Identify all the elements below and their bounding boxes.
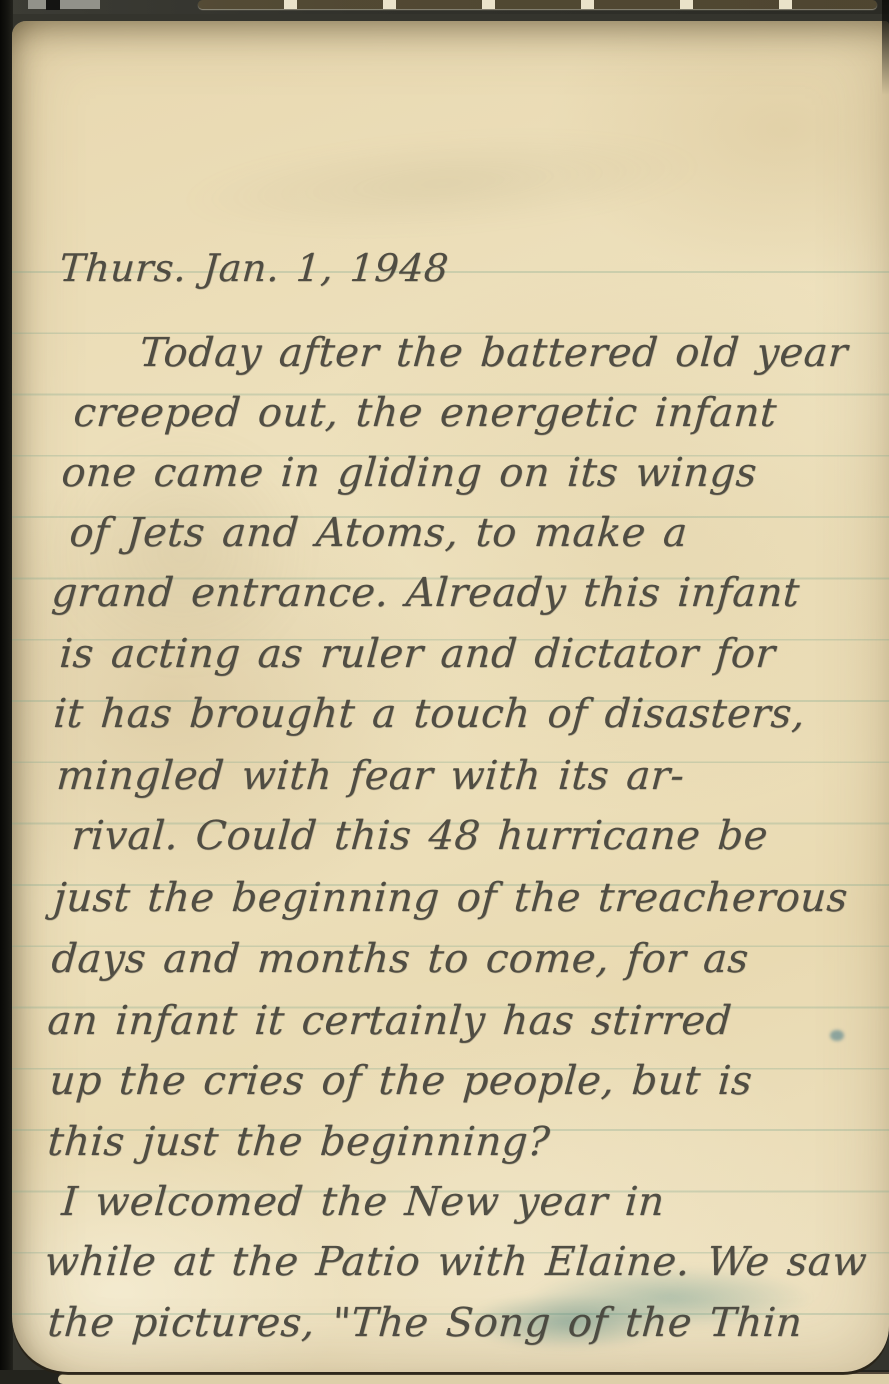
handwriting-line: while at the Patio with Elaine. We saw (43, 1239, 869, 1285)
binding-stitches (198, 0, 877, 9)
handwriting-line: this just the beginning? (46, 1119, 552, 1165)
handwriting-line: it has brought a touch of disasters, (52, 691, 807, 737)
handwriting-line: I welcomed the New year in (60, 1179, 666, 1225)
handwriting-line: of Jets and Atoms, to make a (68, 510, 689, 556)
handwriting-line: the pictures, "The Song of the Thin (46, 1300, 804, 1346)
date-heading: Thurs. Jan. 1, 1948 (58, 246, 450, 290)
handwriting-line: is acting as ruler and dictator for (58, 631, 777, 677)
handwriting-line: rival. Could this 48 hurricane be (70, 813, 770, 859)
scanner-corner-shadow (882, 0, 889, 95)
ink-showthrough-mark (169, 117, 714, 249)
handwriting-line: an infant it certainly has stirred (46, 998, 733, 1044)
scanner-lid-notch (46, 0, 60, 10)
handwriting-line: creeped out, the energetic infant (72, 390, 778, 436)
handwriting-line: one came in gliding on its wings (60, 450, 759, 496)
ink-speck (830, 1030, 844, 1041)
handwriting-line: just the beginning of the treacherous (52, 875, 849, 921)
handwriting-line: days and months to come, for as (50, 936, 750, 982)
scanner-lid-block (28, 0, 100, 9)
handwriting-line: Today after the battered old year (138, 330, 849, 376)
next-page-edge (58, 1372, 889, 1384)
handwriting-line: up the cries of the people, but is (48, 1058, 754, 1104)
scanned-diary-page: Thurs. Jan. 1, 1948 Today after the batt… (0, 0, 889, 1384)
handwriting-line: mingled with fear with its ar- (55, 753, 686, 799)
handwriting-line: grand entrance. Already this infant (50, 570, 801, 616)
